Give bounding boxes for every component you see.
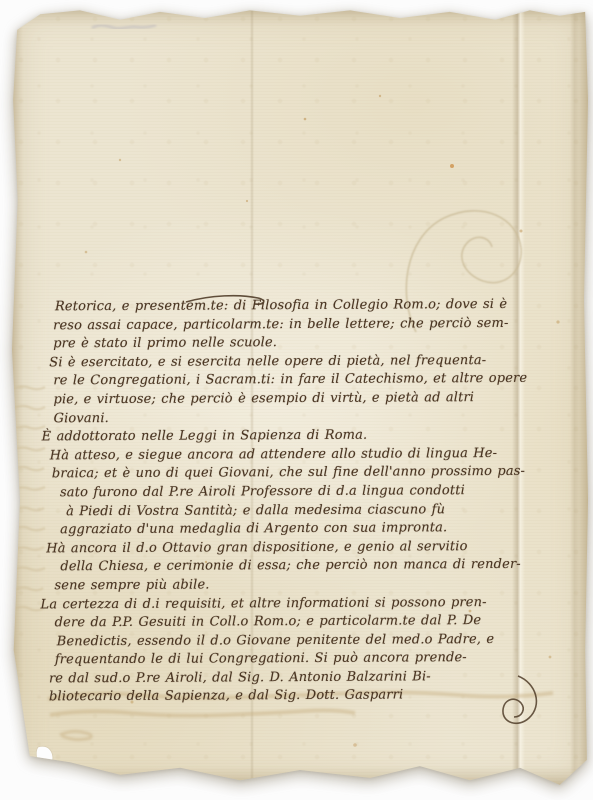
manuscript-line: della Chiesa, e cerimonie di essa; che p… <box>60 556 568 577</box>
manuscript-line: bliotecario della Sapienza, e dal Sig. D… <box>49 686 569 707</box>
manuscript-page: Retorica, e presentem.te: di Filosofia i… <box>12 8 588 788</box>
top-edge-shadow <box>12 8 588 26</box>
manuscript-line: reso assai capace, particolarm.te: in be… <box>53 314 567 335</box>
paper-shadow-wrap: Retorica, e presentem.te: di Filosofia i… <box>0 0 593 800</box>
manuscript-text: Retorica, e presentem.te: di Filosofia i… <box>39 296 569 708</box>
manuscript-line: re le Congregationi, i Sacram.ti: in far… <box>53 370 567 391</box>
graphite-ghost-mark <box>92 25 156 29</box>
right-edge-shadow <box>574 8 588 788</box>
manuscript-line: Benedictis, essendo il d.o Giovane penit… <box>57 630 569 651</box>
manuscript-line: braica; et è uno di quei Giovani, che su… <box>52 463 568 484</box>
left-edge-shadow <box>12 8 23 788</box>
torn-spot <box>36 746 53 766</box>
edge-curl-crease <box>570 8 579 788</box>
bottom-edge-shadow <box>12 766 588 788</box>
photo-backdrop: Retorica, e presentem.te: di Filosofia i… <box>0 0 593 800</box>
manuscript-line: Retorica, e presentem.te: di Filosofia i… <box>55 296 567 317</box>
